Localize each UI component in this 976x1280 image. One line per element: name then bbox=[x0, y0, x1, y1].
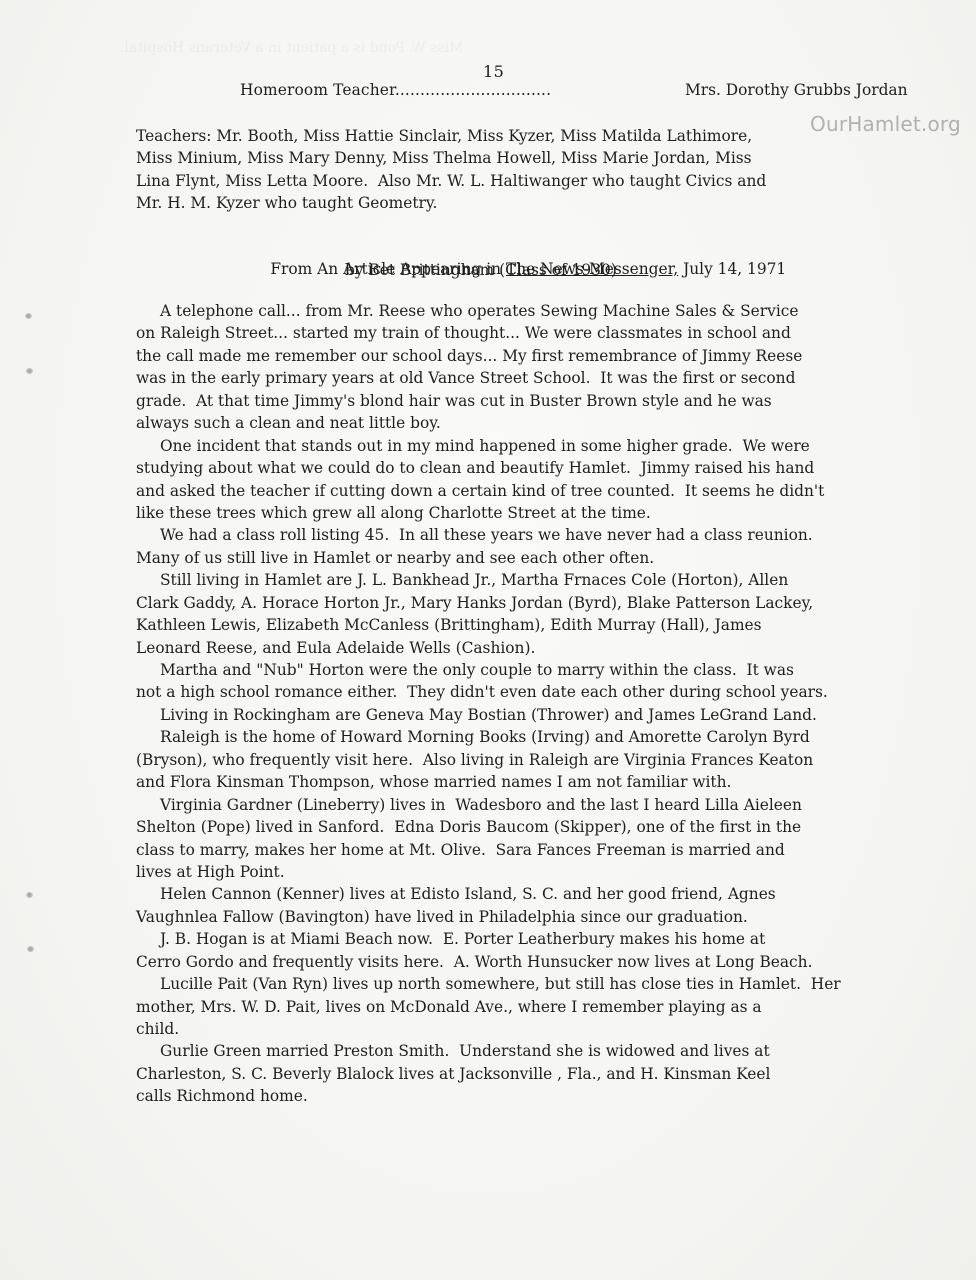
article-line: Still living in Hamlet are J. L. Bankhea… bbox=[136, 569, 956, 591]
article-line: Vaughnlea Fallow (Bavington) have lived … bbox=[136, 906, 956, 928]
article-line: Living in Rockingham are Geneva May Bost… bbox=[136, 704, 956, 726]
article-line: grade. At that time Jimmy's blond hair w… bbox=[136, 390, 956, 412]
article-line: (Bryson), who frequently visit here. Als… bbox=[136, 749, 956, 771]
teachers-list: Teachers: Mr. Booth, Miss Hattie Sinclai… bbox=[136, 125, 936, 214]
article-line: lives at High Point. bbox=[136, 861, 956, 883]
article-line: was in the early primary years at old Va… bbox=[136, 367, 956, 389]
teachers-line: Miss Minium, Miss Mary Denny, Miss Thelm… bbox=[136, 147, 936, 169]
article-line: Martha and "Nub" Horton were the only co… bbox=[136, 659, 956, 681]
article-line: not a high school romance either. They d… bbox=[136, 681, 956, 703]
article-line: on Raleigh Street... started my train of… bbox=[136, 322, 956, 344]
article-line: and Flora Kinsman Thompson, whose marrie… bbox=[136, 771, 956, 793]
article-line: class to marry, makes her home at Mt. Ol… bbox=[136, 839, 956, 861]
article-date: July 14, 1971 bbox=[678, 260, 786, 278]
teachers-line: Mr. H. M. Kyzer who taught Geometry. bbox=[136, 192, 936, 214]
article-body: A telephone call... from Mr. Reese who o… bbox=[136, 300, 956, 1108]
article-line: Clark Gaddy, A. Horace Horton Jr., Mary … bbox=[136, 592, 956, 614]
article-line: always such a clean and neat little boy. bbox=[136, 412, 956, 434]
article-line: mother, Mrs. W. D. Pait, lives on McDona… bbox=[136, 996, 956, 1018]
teachers-line: Teachers: Mr. Booth, Miss Hattie Sinclai… bbox=[136, 125, 936, 147]
article-line: Virginia Gardner (Lineberry) lives in Wa… bbox=[136, 794, 956, 816]
binder-hole-mark bbox=[27, 946, 34, 952]
article-line: and asked the teacher if cutting down a … bbox=[136, 480, 956, 502]
teachers-line: Lina Flynt, Miss Letta Moore. Also Mr. W… bbox=[136, 170, 936, 192]
article-line: Helen Cannon (Kenner) lives at Edisto Is… bbox=[136, 883, 956, 905]
article-line: Lucille Pait (Van Ryn) lives up north so… bbox=[136, 973, 956, 995]
binder-hole-mark bbox=[26, 368, 33, 374]
article-line: Charleston, S. C. Beverly Blalock lives … bbox=[136, 1063, 956, 1085]
binder-hole-mark bbox=[25, 313, 32, 319]
bleed-through-text: Miss W. Pond is a patient in a Veterans … bbox=[120, 40, 464, 56]
article-line: A telephone call... from Mr. Reese who o… bbox=[136, 300, 956, 322]
article-line: studying about what we could do to clean… bbox=[136, 457, 956, 479]
homeroom-teacher-label: Homeroom Teacher........................… bbox=[240, 79, 551, 101]
article-line: Cerro Gordo and frequently visits here. … bbox=[136, 951, 956, 973]
homeroom-teacher-name: Mrs. Dorothy Grubbs Jordan bbox=[685, 79, 908, 101]
article-line: We had a class roll listing 45. In all t… bbox=[136, 524, 956, 546]
article-line: the call made me remember our school day… bbox=[136, 345, 956, 367]
article-line: Leonard Reese, and Eula Adelaide Wells (… bbox=[136, 637, 956, 659]
article-line: Raleigh is the home of Howard Morning Bo… bbox=[136, 726, 956, 748]
article-byline: by Bet Brittingham (Class of 1930) bbox=[345, 259, 617, 281]
article-line: calls Richmond home. bbox=[136, 1085, 956, 1107]
article-line: Kathleen Lewis, Elizabeth McCanless (Bri… bbox=[136, 614, 956, 636]
article-line: Gurlie Green married Preston Smith. Unde… bbox=[136, 1040, 956, 1062]
article-line: One incident that stands out in my mind … bbox=[136, 435, 956, 457]
binder-hole-mark bbox=[26, 892, 33, 898]
article-line: child. bbox=[136, 1018, 956, 1040]
article-line: Shelton (Pope) lived in Sanford. Edna Do… bbox=[136, 816, 956, 838]
document-page: Miss W. Pond is a patient in a Veterans … bbox=[0, 0, 976, 1280]
article-line: Many of us still live in Hamlet or nearb… bbox=[136, 547, 956, 569]
article-line: like these trees which grew all along Ch… bbox=[136, 502, 956, 524]
article-line: J. B. Hogan is at Miami Beach now. E. Po… bbox=[136, 928, 956, 950]
